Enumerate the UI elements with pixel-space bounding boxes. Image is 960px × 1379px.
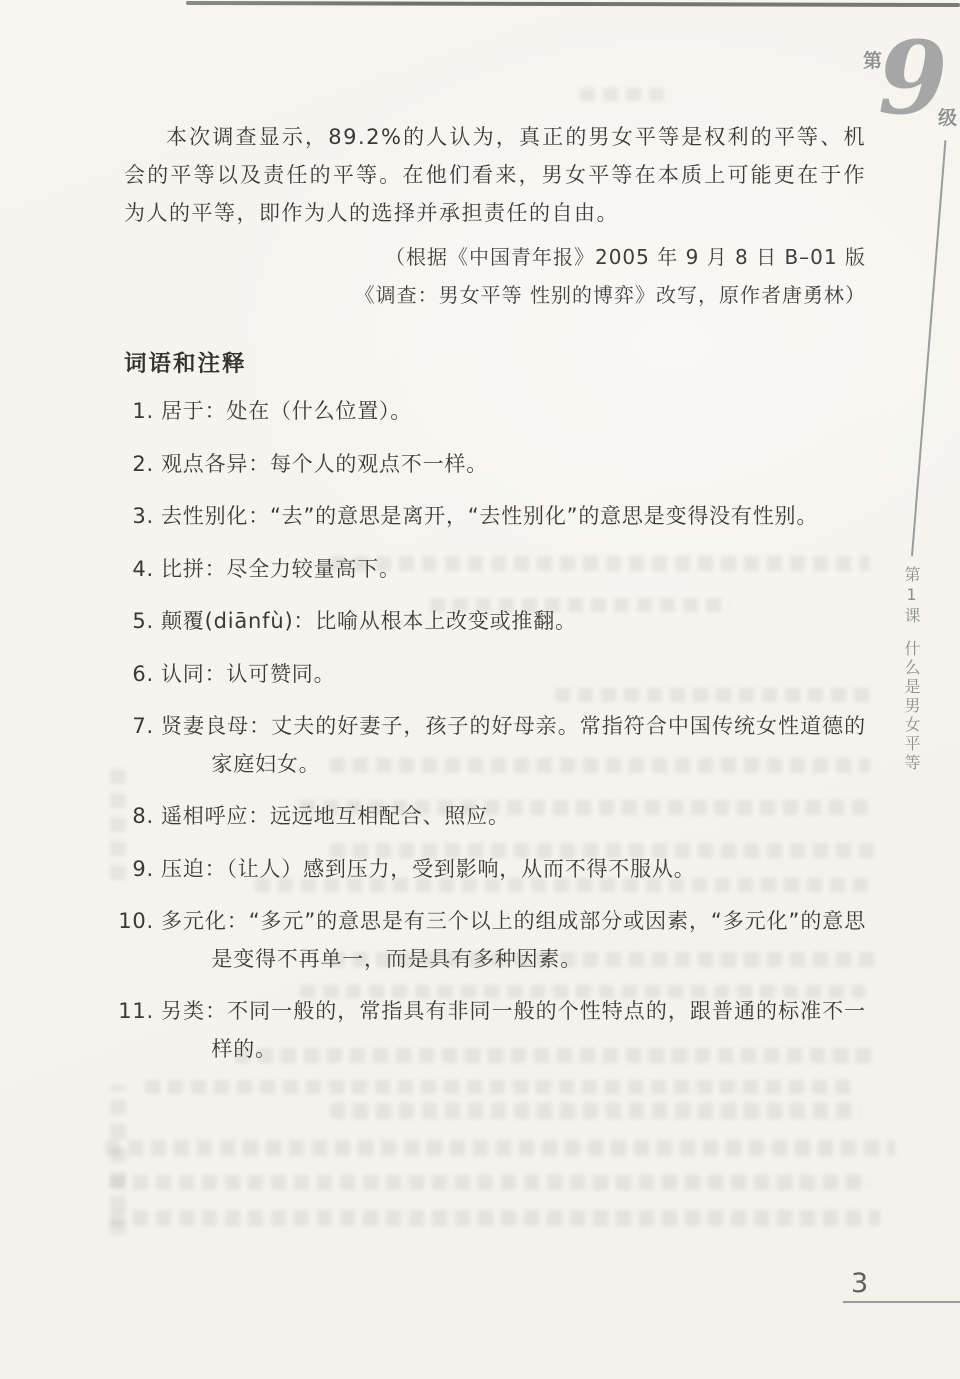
lesson-title: 什么是男女平等 (902, 640, 921, 773)
note-text: 压迫：（让人）感到压力，受到影响，从而不得不服从。 (161, 851, 866, 889)
note-item: 4. 比拼：尽全力较量高下。 (108, 551, 866, 589)
note-item: 11. 另类：不同一般的，常指具有非同一般的个性特点的，跟普通的标准不一样的。 (108, 993, 866, 1068)
lesson-side-tab: 第1课什么是男女平等 (900, 566, 923, 773)
note-text: 遥相呼应：远远地互相配合、照应。 (161, 798, 866, 836)
book-page: 第 9 级 第1课什么是男女平等 本次调查显示，89.2%的人认为，真正的男女平… (0, 0, 960, 1379)
note-item: 9. 压迫：（让人）感到压力，受到影响，从而不得不服从。 (108, 851, 866, 889)
scan-artifact-line (186, 1, 960, 7)
bleedthrough-artifact (330, 1103, 860, 1119)
note-text: 居于：处在（什么位置）。 (161, 393, 866, 431)
bleedthrough-artifact (110, 1175, 870, 1190)
note-number: 3. (108, 498, 161, 536)
note-number: 1. (108, 393, 161, 431)
note-number: 4. (108, 551, 161, 589)
note-text: 多元化：“多元”的意思是有三个以上的组成部分或因素，“多元化”的意思是变得不再单… (161, 903, 866, 978)
bleedthrough-artifact (145, 1080, 855, 1094)
note-item: 10. 多元化：“多元”的意思是有三个以上的组成部分或因素，“多元化”的意思是变… (108, 903, 866, 978)
level-badge-suffix: 级 (938, 103, 957, 130)
note-text: 颠覆(diānfù)：比喻从根本上改变或推翻。 (161, 603, 866, 641)
note-text: 贤妻良母：丈夫的好妻子，孩子的好母亲。常指符合中国传统女性道德的家庭妇女。 (161, 708, 866, 783)
note-number: 2. (108, 446, 161, 484)
notes-list: 1. 居于：处在（什么位置）。 2. 观点各异：每个人的观点不一样。 3. 去性… (108, 393, 866, 1068)
note-item: 6. 认同：认可赞同。 (108, 656, 866, 694)
note-number: 10. (108, 903, 161, 978)
note-item: 5. 颠覆(diānfù)：比喻从根本上改变或推翻。 (108, 603, 866, 641)
note-item: 2. 观点各异：每个人的观点不一样。 (108, 446, 866, 484)
footer-rule (843, 1301, 960, 1303)
intro-paragraph: 本次调查显示，89.2%的人认为，真正的男女平等是权利的平等、机会的平等以及责任… (124, 118, 866, 232)
note-number: 5. (108, 603, 161, 641)
note-text: 认同：认可赞同。 (161, 656, 866, 694)
page-number: 3 (851, 1268, 868, 1299)
side-rule (911, 140, 946, 556)
note-text: 观点各异：每个人的观点不一样。 (161, 446, 866, 484)
bleedthrough-artifact (110, 1085, 126, 1235)
note-item: 8. 遥相呼应：远远地互相配合、照应。 (108, 798, 866, 836)
note-text: 比拼：尽全力较量高下。 (161, 551, 866, 589)
bleedthrough-artifact (110, 1210, 880, 1226)
note-item: 1. 居于：处在（什么位置）。 (108, 393, 866, 431)
note-item: 3. 去性别化：“去”的意思是离开，“去性别化”的意思是变得没有性别。 (108, 498, 866, 536)
attribution: （根据《中国青年报》2005 年 9 月 8 日 B–01 版 《调查：男女平等… (124, 238, 866, 314)
main-content: 本次调查显示，89.2%的人认为，真正的男女平等是权利的平等、机会的平等以及责任… (124, 118, 866, 1068)
attribution-line-2: 《调查：男女平等 性别的博弈》改写，原作者唐勇林） (124, 276, 866, 314)
note-number: 8. (108, 798, 161, 836)
note-number: 7. (108, 708, 161, 783)
lesson-number: 第1课 (902, 566, 921, 626)
note-number: 9. (108, 851, 161, 889)
note-number: 6. (108, 656, 161, 694)
section-heading: 词语和注释 (124, 346, 866, 378)
note-number: 11. (108, 993, 161, 1068)
note-text: 去性别化：“去”的意思是离开，“去性别化”的意思是变得没有性别。 (161, 498, 866, 536)
bleedthrough-artifact (105, 1140, 895, 1156)
attribution-line-1: （根据《中国青年报》2005 年 9 月 8 日 B–01 版 (124, 238, 866, 276)
bleedthrough-artifact (580, 88, 670, 101)
note-item: 7. 贤妻良母：丈夫的好妻子，孩子的好母亲。常指符合中国传统女性道德的家庭妇女。 (108, 708, 866, 783)
note-text: 另类：不同一般的，常指具有非同一般的个性特点的，跟普通的标准不一样的。 (161, 993, 866, 1068)
